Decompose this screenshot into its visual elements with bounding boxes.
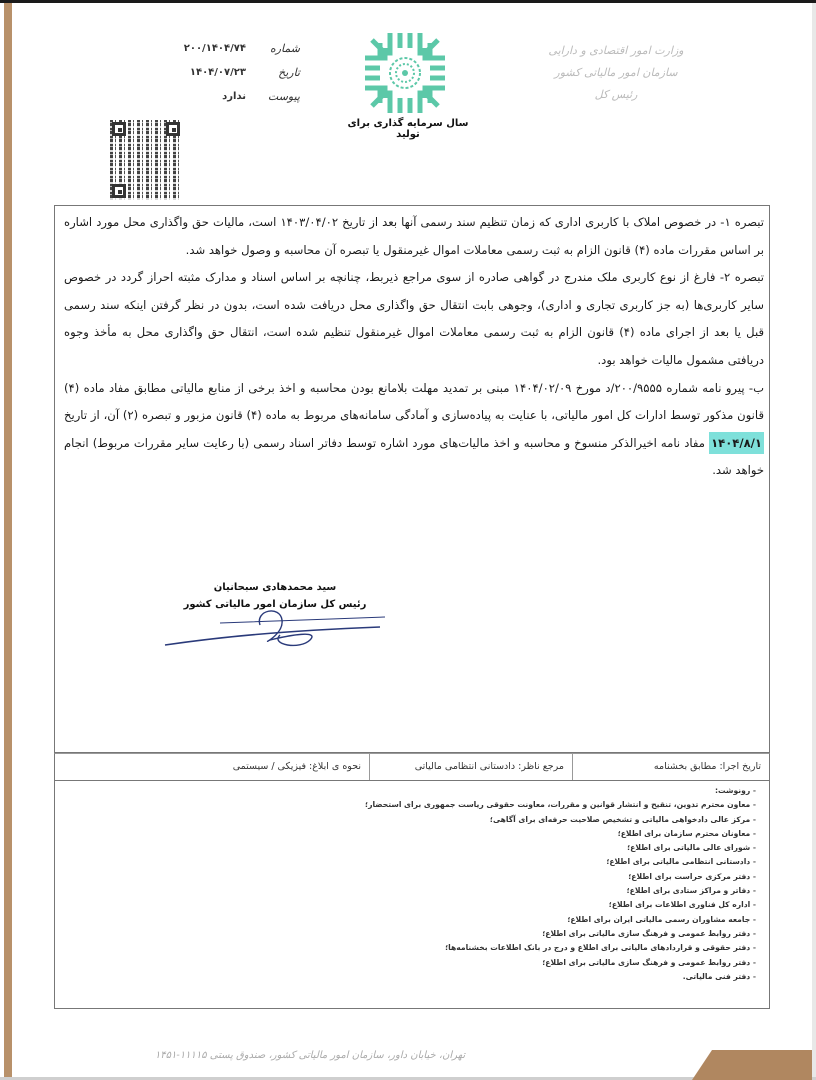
notification-method-cell: نحوه ی ابلاغ: فیزیکی / سیستمی [55,754,369,780]
signer-name: سید محمدهادی سبحانیان [160,582,390,593]
cc-item: جامعه مشاوران رسمی مالیاتی ایران برای اط… [342,913,762,927]
letter-number-row: شماره ۲۰۰/۱۴۰۴/۷۴ [100,38,300,58]
cc-item: اداره کل فناوری اطلاعات برای اطلاع؛ [342,898,762,912]
letter-date-label: تاریخ [260,66,300,79]
cc-list: رونوشت: معاون محترم تدوین، تنقیح و انتشا… [342,784,762,984]
cc-item: مرکز عالی دادخواهی مالیاتی و تشخیص صلاحی… [342,813,762,827]
letter-date-value: ۱۴۰۴/۰۷/۲۳ [190,67,246,78]
top-border [0,0,816,3]
right-edge [812,3,816,1080]
execution-info-row: تاریخ اجرا: مطابق بخشنامه مرجع ناظر: داد… [54,753,770,781]
cc-item: دادستانی انتظامی مالیاتی برای اطلاع؛ [342,855,762,869]
highlighted-date: ۱۴۰۴/۸/۱ [709,432,764,454]
cc-item: دفتر روابط عمومی و فرهنگ سازی مالیاتی بر… [342,956,762,970]
org-position: رئیس کل [526,84,706,106]
cc-item: دفتر حقوقی و قراردادهای مالیاتی برای اطل… [342,941,762,955]
paragraph-b-text-after: مفاد نامه اخیرالذکر منسوخ و محاسبه و اخذ… [64,436,764,478]
left-border-stripe [4,3,12,1080]
qr-code-icon [110,120,182,200]
cc-item: دفاتر و مراکز ستادی برای اطلاع؛ [342,884,762,898]
org-name: سازمان امور مالیاتی کشور [526,62,706,84]
letter-attachment-row: پیوست ندارد [100,86,300,106]
organization-header: وزارت امور اقتصادی و دارایی سازمان امور … [526,40,706,106]
cc-heading: رونوشت: [342,784,762,798]
org-ministry: وزارت امور اقتصادی و دارایی [526,40,706,62]
tax-organization-logo-icon [360,28,450,118]
letter-number-label: شماره [260,42,300,55]
cc-item: معاون محترم تدوین، تنقیح و انتشار قوانین… [342,798,762,812]
paragraph-b: ب- پیرو نامه شماره ۲۰۰/۹۵۵۵/د مورخ ۱۴۰۴/… [64,375,764,485]
cc-item: شورای عالی مالیاتی برای اطلاع؛ [342,841,762,855]
cc-item: دفتر مرکزی حراست برای اطلاع؛ [342,870,762,884]
cc-item: معاونان محترم سازمان برای اطلاع؛ [342,827,762,841]
execution-date-cell: تاریخ اجرا: مطابق بخشنامه [572,754,769,780]
cc-item: دفتر روابط عمومی و فرهنگ سازی مالیاتی بر… [342,927,762,941]
letter-number-value: ۲۰۰/۱۴۰۴/۷۴ [184,43,246,54]
note-2-paragraph: تبصره ۲- فارغ از نوع کاربری ملک مندرج در… [64,264,764,374]
letter-meta: شماره ۲۰۰/۱۴۰۴/۷۴ تاریخ ۱۴۰۴/۰۷/۲۳ پیوست… [100,38,300,110]
cc-item: دفتر فنی مالیاتی. [342,970,762,984]
letter-attachment-value: ندارد [222,91,246,102]
bottom-corner-decoration [692,1050,812,1080]
supervisory-authority-cell: مرجع ناظر: دادستانی انتظامی مالیاتی [369,754,572,780]
paragraph-b-text-before: ب- پیرو نامه شماره ۲۰۰/۹۵۵۵/د مورخ ۱۴۰۴/… [64,381,764,423]
letter-attachment-label: پیوست [260,90,300,103]
handwritten-signature-icon [160,595,390,655]
logo-slogan: سال سرمایه گذاری برای تولید [338,118,478,140]
footer-address: تهران، خیابان داور، سازمان امور مالیاتی … [120,1050,500,1061]
letter-body: تبصره ۱- در خصوص املاک با کاربری اداری ک… [64,209,764,485]
letter-date-row: تاریخ ۱۴۰۴/۰۷/۲۳ [100,62,300,82]
note-1-paragraph: تبصره ۱- در خصوص املاک با کاربری اداری ک… [64,209,764,264]
